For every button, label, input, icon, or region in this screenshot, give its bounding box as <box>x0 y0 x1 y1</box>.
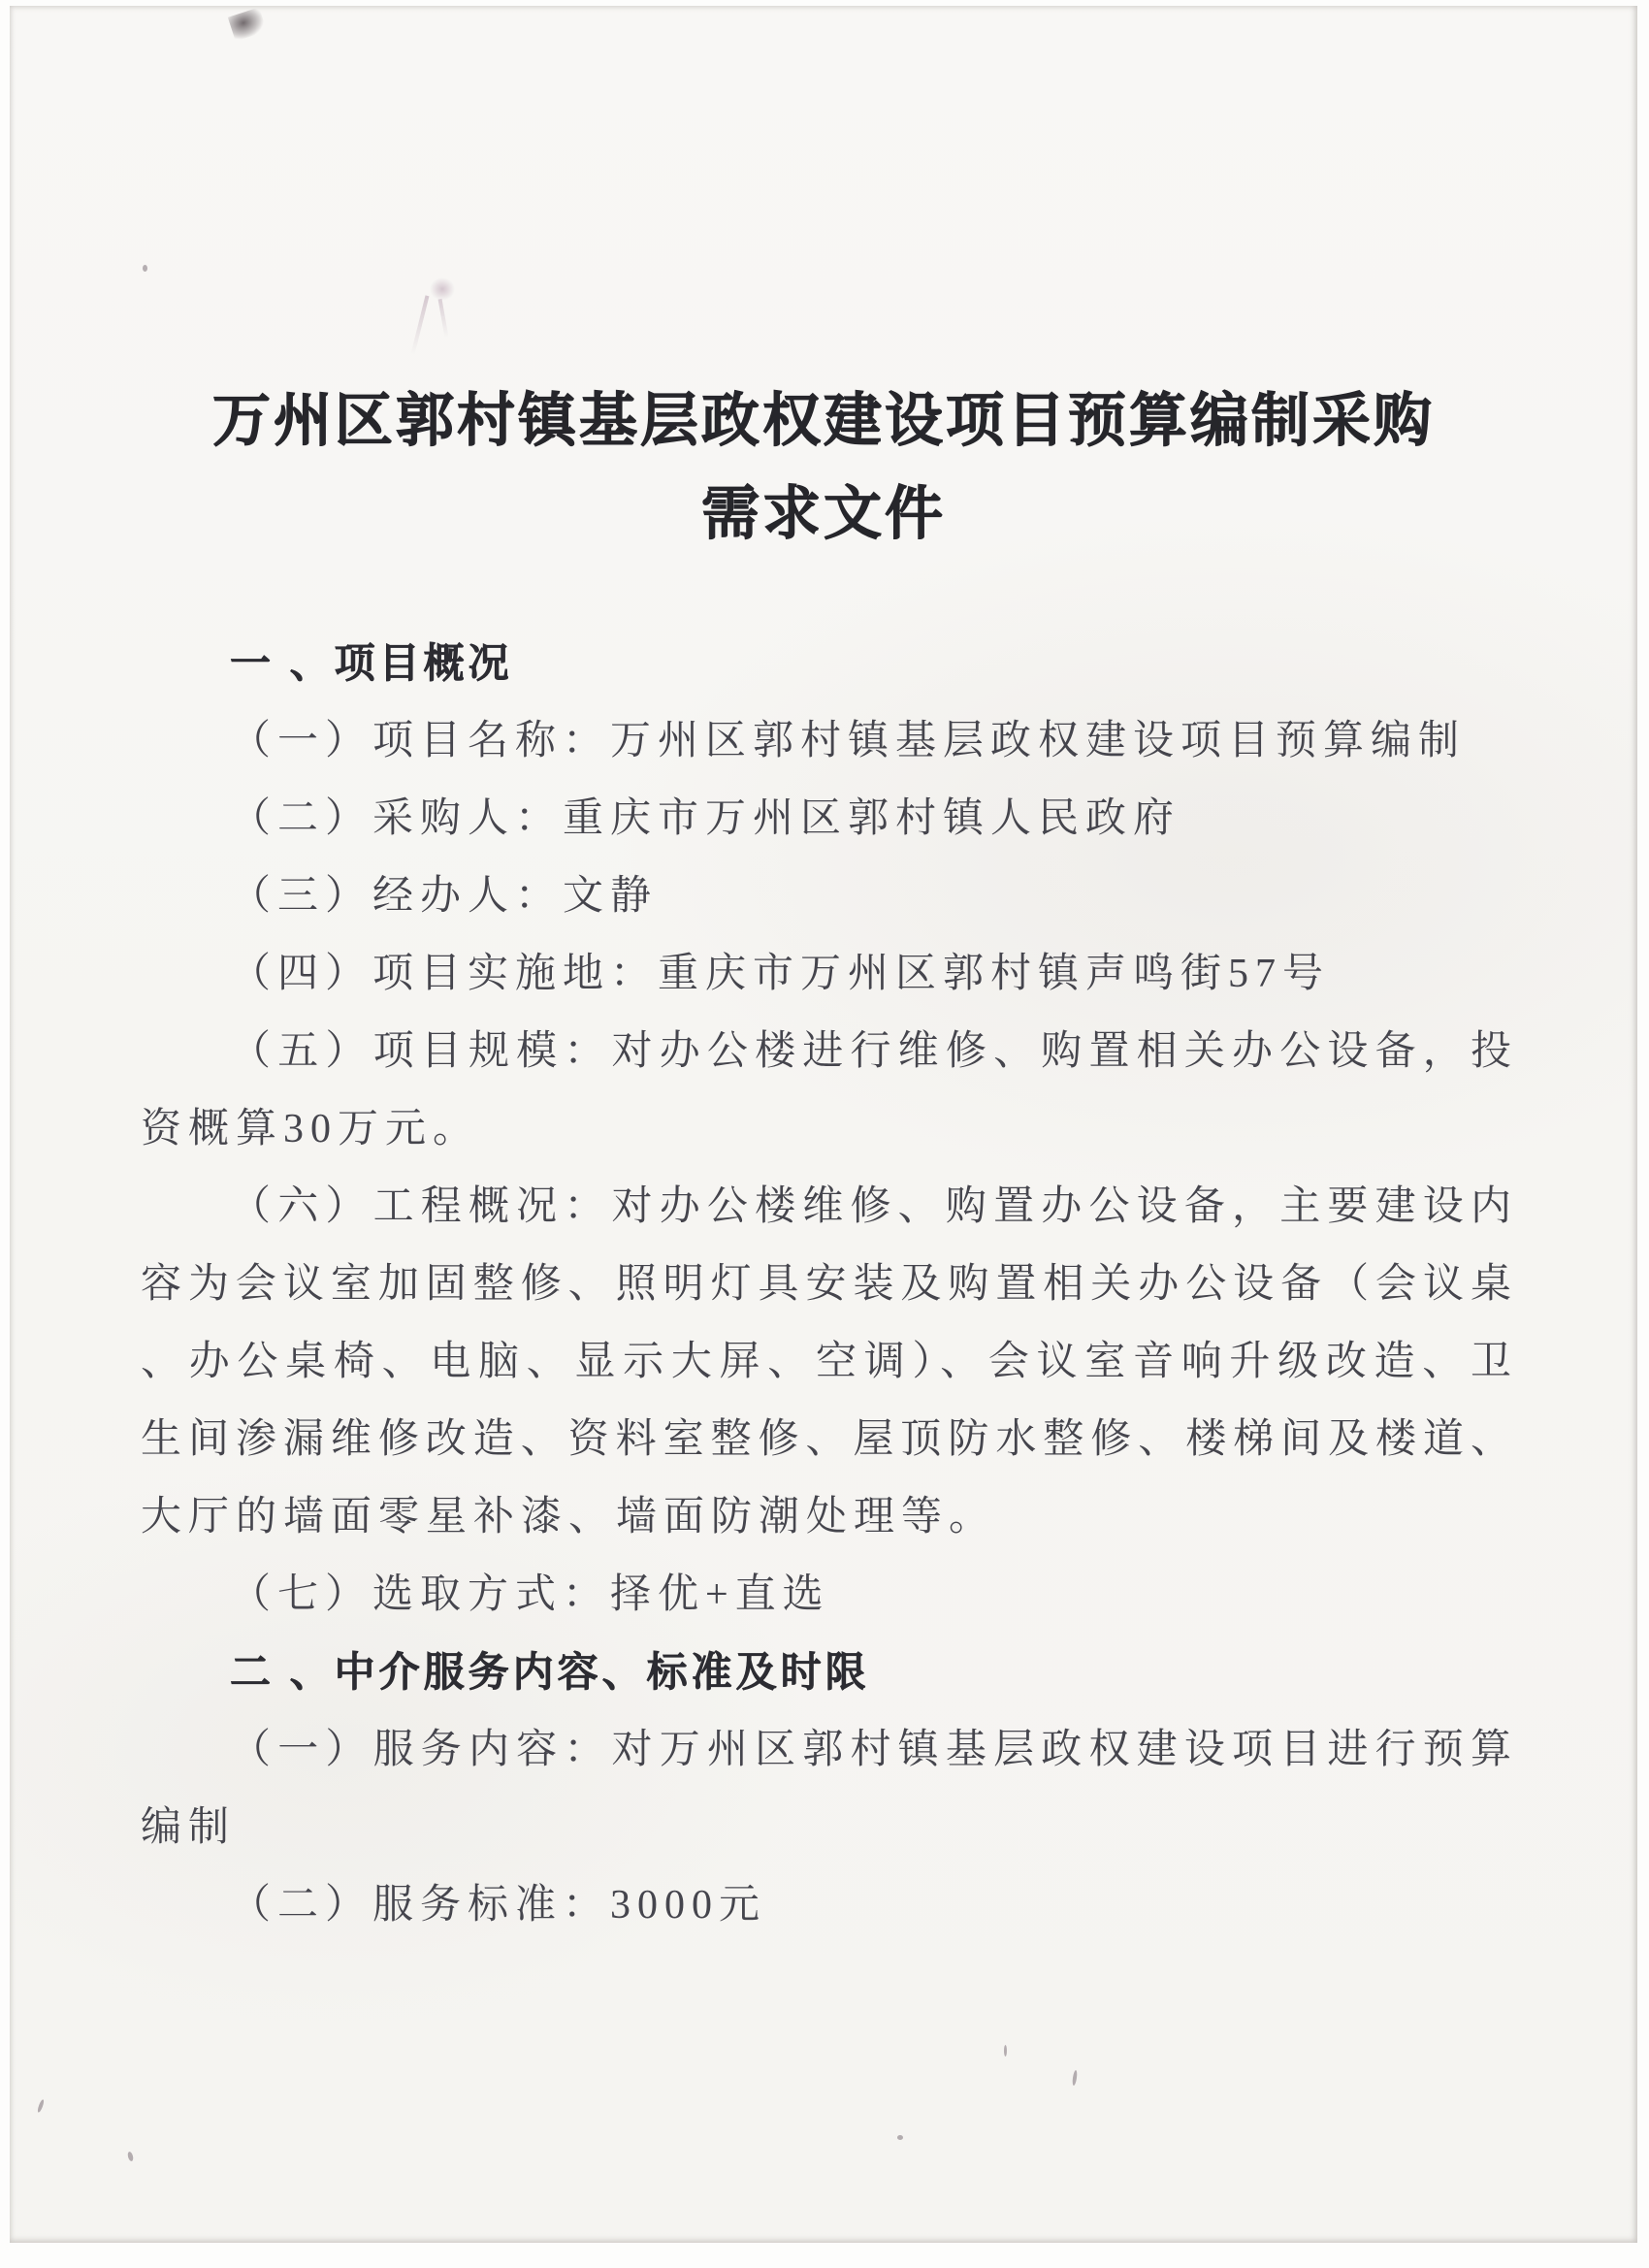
paragraph-line: 生间渗漏维修改造、资料室整修、屋顶防水整修、楼梯间及楼道、 <box>141 1401 1511 1478</box>
document-title: 万州区郭村镇基层政权建设项目预算编制采购 需求文件 <box>10 6 1637 561</box>
paragraph-line: （七）选取方式：择优+直选 <box>141 1556 1511 1634</box>
paragraph-line: （五）项目规模：对办公楼进行维修、购置相关办公设备，投 <box>141 1013 1511 1090</box>
section-heading: 二 、中介服务内容、标准及时限 <box>141 1634 1511 1711</box>
scan-speck <box>1072 2070 1078 2086</box>
document-title-line-1: 万州区郭村镇基层政权建设项目预算编制采购 <box>10 374 1637 468</box>
paragraph-line: 容为会议室加固整修、照明灯具安装及购置相关办公设备（会议桌 <box>141 1246 1511 1323</box>
paragraph-line: （一）服务内容：对万州区郭村镇基层政权建设项目进行预算 <box>141 1711 1511 1789</box>
paragraph-line: 大厅的墙面零星补漆、墙面防潮处理等。 <box>141 1478 1511 1556</box>
paragraph-line: （四）项目实施地：重庆市万州区郭村镇声鸣街57号 <box>141 935 1511 1013</box>
paragraph-line: （六）工程概况：对办公楼维修、购置办公设备，主要建设内 <box>141 1168 1511 1246</box>
paragraph-line: 编制 <box>141 1789 1511 1866</box>
document-title-line-2: 需求文件 <box>10 468 1637 561</box>
scan-speck <box>127 2152 134 2162</box>
scan-speck <box>37 2099 46 2114</box>
paragraph-line: 、办公桌椅、电脑、显示大屏、空调）、会议室音响升级改造、卫 <box>141 1323 1511 1401</box>
scan-speck <box>897 2135 903 2140</box>
scanned-document-page: 万州区郭村镇基层政权建设项目预算编制采购 需求文件 一 、项目概况（一）项目名称… <box>10 6 1637 2243</box>
paragraph-line: 资概算30万元。 <box>141 1090 1511 1168</box>
paragraph-line: （二）服务标准：3000元 <box>141 1866 1511 1944</box>
document-body: 一 、项目概况（一）项目名称：万州区郭村镇基层政权建设项目预算编制（二）采购人：… <box>10 625 1637 1944</box>
paragraph-line: （三）经办人：文静 <box>141 858 1511 935</box>
section-heading: 一 、项目概况 <box>141 625 1511 702</box>
paragraph-line: （二）采购人：重庆市万州区郭村镇人民政府 <box>141 780 1511 858</box>
scan-speck <box>1004 2045 1007 2057</box>
paragraph-line: （一）项目名称：万州区郭村镇基层政权建设项目预算编制 <box>141 702 1511 780</box>
